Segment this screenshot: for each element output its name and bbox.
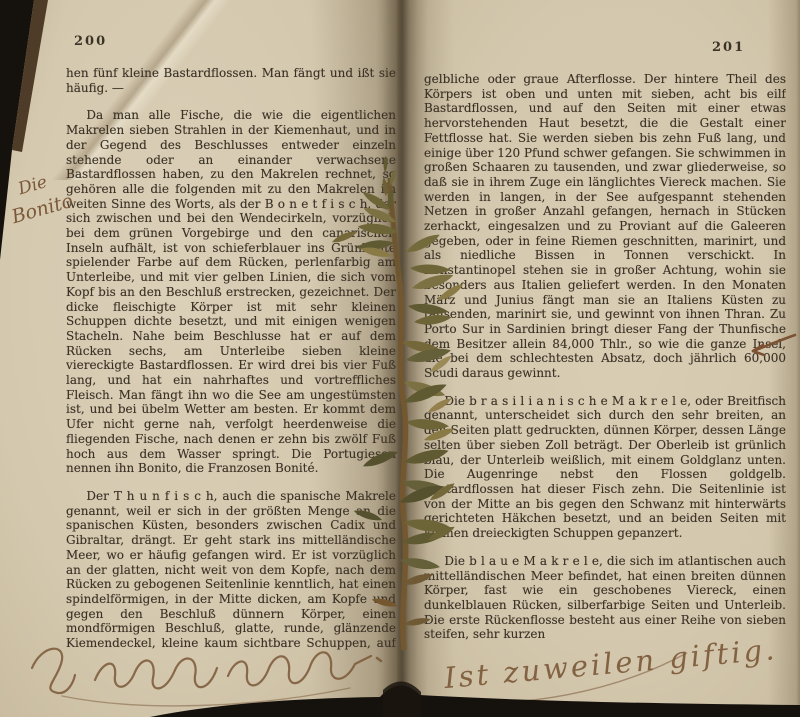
photo-dark-edges xyxy=(0,0,800,717)
book-photo: 200 hen fünf kleine Bastardflossen. Man … xyxy=(0,0,800,717)
